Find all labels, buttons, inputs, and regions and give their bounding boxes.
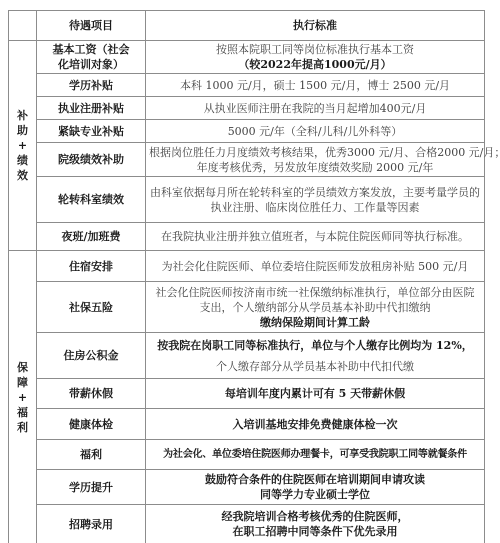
standard-basic-salary: 按照本院职工同等岗位标准执行基本工资 （较2022年提高1000元/月） (146, 41, 485, 74)
header-standard: 执行标准 (146, 11, 485, 41)
table-row: 保 障 + 福 利 住宿安排 为社会化住院医师、单位委培住院医师发放租房补贴 5… (9, 251, 485, 282)
table-row: 社保五险 社会化住院医师按济南市统一社保缴纳标准执行，单位部分由医院 支出，个人… (9, 282, 485, 333)
item-paid-leave: 带薪休假 (37, 379, 146, 409)
item-night-shift-fee: 夜班/加班费 (37, 223, 146, 251)
standard-night-shift-fee: 在我院执业注册并独立值班者，与本院住院医师同等执行标准。 (146, 223, 485, 251)
table-row: 福利 为社会化、单位委培住院医师办理餐卡，可享受我院职工同等就餐条件 (9, 440, 485, 470)
group-label-security-welfare: 保 障 + 福 利 (9, 251, 37, 543)
item-housing-arrangement: 住宿安排 (37, 251, 146, 282)
item-shortage-subsidy: 紧缺专业补贴 (37, 120, 146, 143)
item-education-subsidy: 学历补贴 (37, 74, 146, 97)
standard-rotation-performance: 由科室依据每月所在轮转科室的学员绩效方案发放，主要考量学员的 执业注册、临床岗位… (146, 177, 485, 223)
table-row: 夜班/加班费 在我院执业注册并独立值班者，与本院住院医师同等执行标准。 (9, 223, 485, 251)
table-row: 轮转科室绩效 由科室依据每月所在轮转科室的学员绩效方案发放，主要考量学员的 执业… (9, 177, 485, 223)
table-row: 学历补贴 本科 1000 元/月，硕士 1500 元/月，博士 2500 元/月 (9, 74, 485, 97)
standard-social-insurance: 社会化住院医师按济南市统一社保缴纳标准执行，单位部分由医院 支出，个人缴纳部分从… (146, 282, 485, 333)
standard-health-checkup: 入培训基地安排免费健康体检一次 (146, 409, 485, 440)
table-row: 住房公积金 按我院在岗职工同等标准执行，单位与个人缴存比例均为 12%， 个人缴… (9, 333, 485, 379)
item-basic-salary: 基本工资（社会 化培训对象） (37, 41, 146, 74)
table-row: 紧缺专业补贴 5000 元/年（全科/儿科/儿外科等） (9, 120, 485, 143)
table-row: 带薪休假 每培训年度内累计可有 5 天带薪休假 (9, 379, 485, 409)
item-education-upgrade: 学历提升 (37, 470, 146, 505)
standard-hospital-performance: 根据岗位胜任力月度绩效考核结果，优秀3000 元/月、合格2000 元/月； 年… (146, 143, 485, 177)
standard-registration-subsidy: 从执业医师注册在我院的当月起增加400元/月 (146, 97, 485, 120)
standard-housing-fund: 按我院在岗职工同等标准执行，单位与个人缴存比例均为 12%， 个人缴存部分从学员… (146, 333, 485, 379)
table-row: 院级绩效补助 根据岗位胜任力月度绩效考核结果，优秀3000 元/月、合格2000… (9, 143, 485, 177)
table-row: 执业注册补贴 从执业医师注册在我院的当月起增加400元/月 (9, 97, 485, 120)
item-registration-subsidy: 执业注册补贴 (37, 97, 146, 120)
item-hospital-performance: 院级绩效补助 (37, 143, 146, 177)
item-health-checkup: 健康体检 (37, 409, 146, 440)
item-recruitment: 招聘录用 (37, 505, 146, 543)
header-item: 待遇项目 (37, 11, 146, 41)
header-group-cell (9, 11, 37, 41)
table-row: 学历提升 鼓励符合条件的住院医师在培训期间申请攻读 同等学力专业硕士学位 (9, 470, 485, 505)
benefits-table: 待遇项目 执行标准 补 助 + 绩 效 基本工资（社会 化培训对象） 按照本院职… (8, 10, 485, 543)
item-social-insurance: 社保五险 (37, 282, 146, 333)
header-row: 待遇项目 执行标准 (9, 11, 485, 41)
standard-education-subsidy: 本科 1000 元/月，硕士 1500 元/月，博士 2500 元/月 (146, 74, 485, 97)
standard-housing-arrangement: 为社会化住院医师、单位委培住院医师发放租房补贴 500 元/月 (146, 251, 485, 282)
standard-education-upgrade: 鼓励符合条件的住院医师在培训期间申请攻读 同等学力专业硕士学位 (146, 470, 485, 505)
standard-welfare: 为社会化、单位委培住院医师办理餐卡，可享受我院职工同等就餐条件 (146, 440, 485, 470)
standard-paid-leave: 每培训年度内累计可有 5 天带薪休假 (146, 379, 485, 409)
table-row: 健康体检 入培训基地安排免费健康体检一次 (9, 409, 485, 440)
standard-shortage-subsidy: 5000 元/年（全科/儿科/儿外科等） (146, 120, 485, 143)
table-row: 补 助 + 绩 效 基本工资（社会 化培训对象） 按照本院职工同等岗位标准执行基… (9, 41, 485, 74)
item-rotation-performance: 轮转科室绩效 (37, 177, 146, 223)
item-welfare: 福利 (37, 440, 146, 470)
group-label-subsidy-performance: 补 助 + 绩 效 (9, 41, 37, 251)
table-row: 招聘录用 经我院培训合格考核优秀的住院医师， 在职工招聘中同等条件下优先录用 (9, 505, 485, 543)
item-housing-fund: 住房公积金 (37, 333, 146, 379)
standard-recruitment: 经我院培训合格考核优秀的住院医师， 在职工招聘中同等条件下优先录用 (146, 505, 485, 543)
